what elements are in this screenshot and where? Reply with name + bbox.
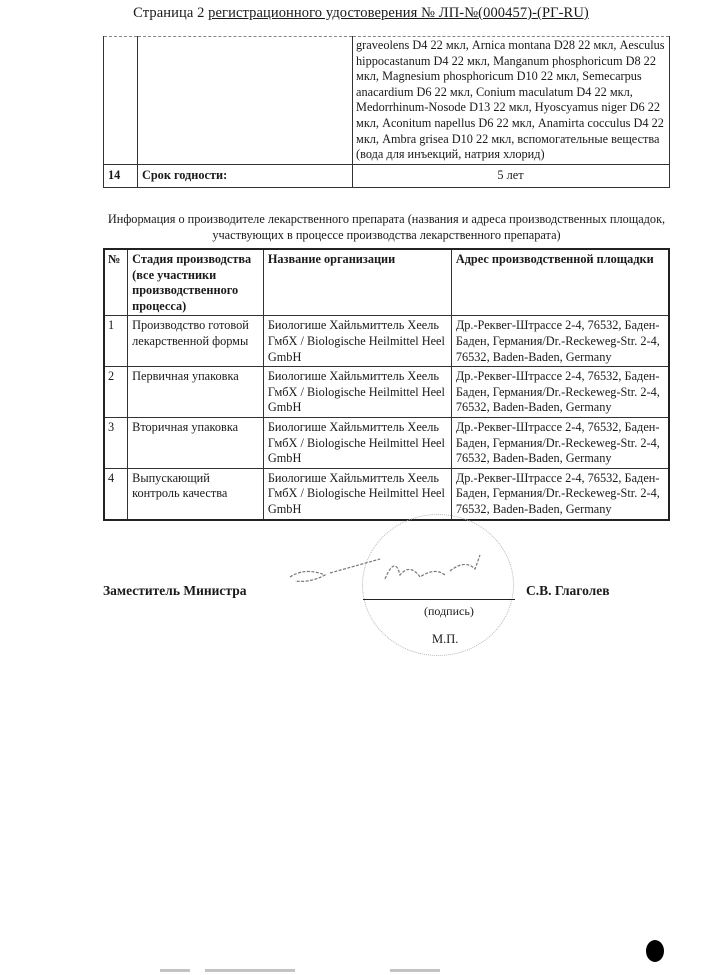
scan-artifact	[390, 969, 440, 972]
header-address: Адрес производственной площадки	[451, 249, 669, 316]
shelf-life-num: 14	[104, 164, 138, 187]
signature-icon	[270, 545, 500, 595]
row-address: Др.-Реквег-Штрассе 2-4, 76532, Баден-Бад…	[451, 316, 669, 367]
header-num: №	[104, 249, 128, 316]
cell-label	[137, 37, 352, 165]
row-stage: Вторичная упаковка	[128, 417, 264, 468]
composition-table: graveolens D4 22 мкл, Arnica montana D28…	[103, 36, 670, 188]
row-num: 2	[104, 367, 128, 418]
manufacturer-table: № Стадия производства (все участники про…	[103, 248, 670, 521]
composition-text: graveolens D4 22 мкл, Arnica montana D28…	[353, 37, 670, 165]
table-row: 2 Первичная упаковка Биологише Хайльмитт…	[104, 367, 669, 418]
row-num: 1	[104, 316, 128, 367]
manufacturer-info-paragraph: Информация о производителе лекарственног…	[103, 211, 670, 243]
stamp-mark: М.П.	[432, 632, 458, 647]
row-stage: Выпускающий контроль качества	[128, 468, 264, 519]
row-stage: Производство готовой лекарственной формы	[128, 316, 264, 367]
row-organization: Биологише Хайльмиттель Хеель ГмбХ / Biol…	[263, 367, 451, 418]
scan-artifact	[205, 969, 295, 972]
page-header-cert-number: регистрационного удостоверения № ЛП-№(00…	[208, 5, 589, 21]
shelf-life-row: 14 Срок годности: 5 лет	[104, 164, 670, 187]
shelf-life-label: Срок годности:	[137, 164, 352, 187]
signatory-name: С.В. Глаголев	[526, 583, 610, 599]
table-row: 1 Производство готовой лекарственной фор…	[104, 316, 669, 367]
header-stage: Стадия производства (все участники произ…	[128, 249, 264, 316]
row-num: 3	[104, 417, 128, 468]
row-address: Др.-Реквег-Штрассе 2-4, 76532, Баден-Бад…	[451, 367, 669, 418]
row-address: Др.-Реквег-Штрассе 2-4, 76532, Баден-Бад…	[451, 417, 669, 468]
row-address: Др.-Реквег-Штрассе 2-4, 76532, Баден-Бад…	[451, 468, 669, 519]
shelf-life-value: 5 лет	[353, 164, 670, 187]
table-row: 4 Выпускающий контроль качества Биологиш…	[104, 468, 669, 519]
signatory-title: Заместитель Министра	[103, 583, 246, 599]
manufacturer-table-header: № Стадия производства (все участники про…	[104, 249, 669, 316]
row-organization: Биологише Хайльмиттель Хеель ГмбХ / Biol…	[263, 417, 451, 468]
row-organization: Биологише Хайльмиттель Хеель ГмбХ / Biol…	[263, 316, 451, 367]
scan-artifact	[160, 969, 190, 972]
composition-continuation-row: graveolens D4 22 мкл, Arnica montana D28…	[104, 37, 670, 165]
row-stage: Первичная упаковка	[128, 367, 264, 418]
header-organization: Название организации	[263, 249, 451, 316]
row-organization: Биологише Хайльмиттель Хеель ГмбХ / Biol…	[263, 468, 451, 519]
row-num: 4	[104, 468, 128, 519]
signature-caption: (подпись)	[424, 604, 474, 619]
page-header-prefix: Страница 2	[133, 5, 208, 21]
signature-line	[363, 599, 515, 600]
punch-hole-icon	[646, 940, 664, 962]
table-row: 3 Вторичная упаковка Биологише Хайльмитт…	[104, 417, 669, 468]
page-header: Страница 2 регистрационного удостоверени…	[0, 5, 722, 22]
cell-num	[104, 37, 138, 165]
